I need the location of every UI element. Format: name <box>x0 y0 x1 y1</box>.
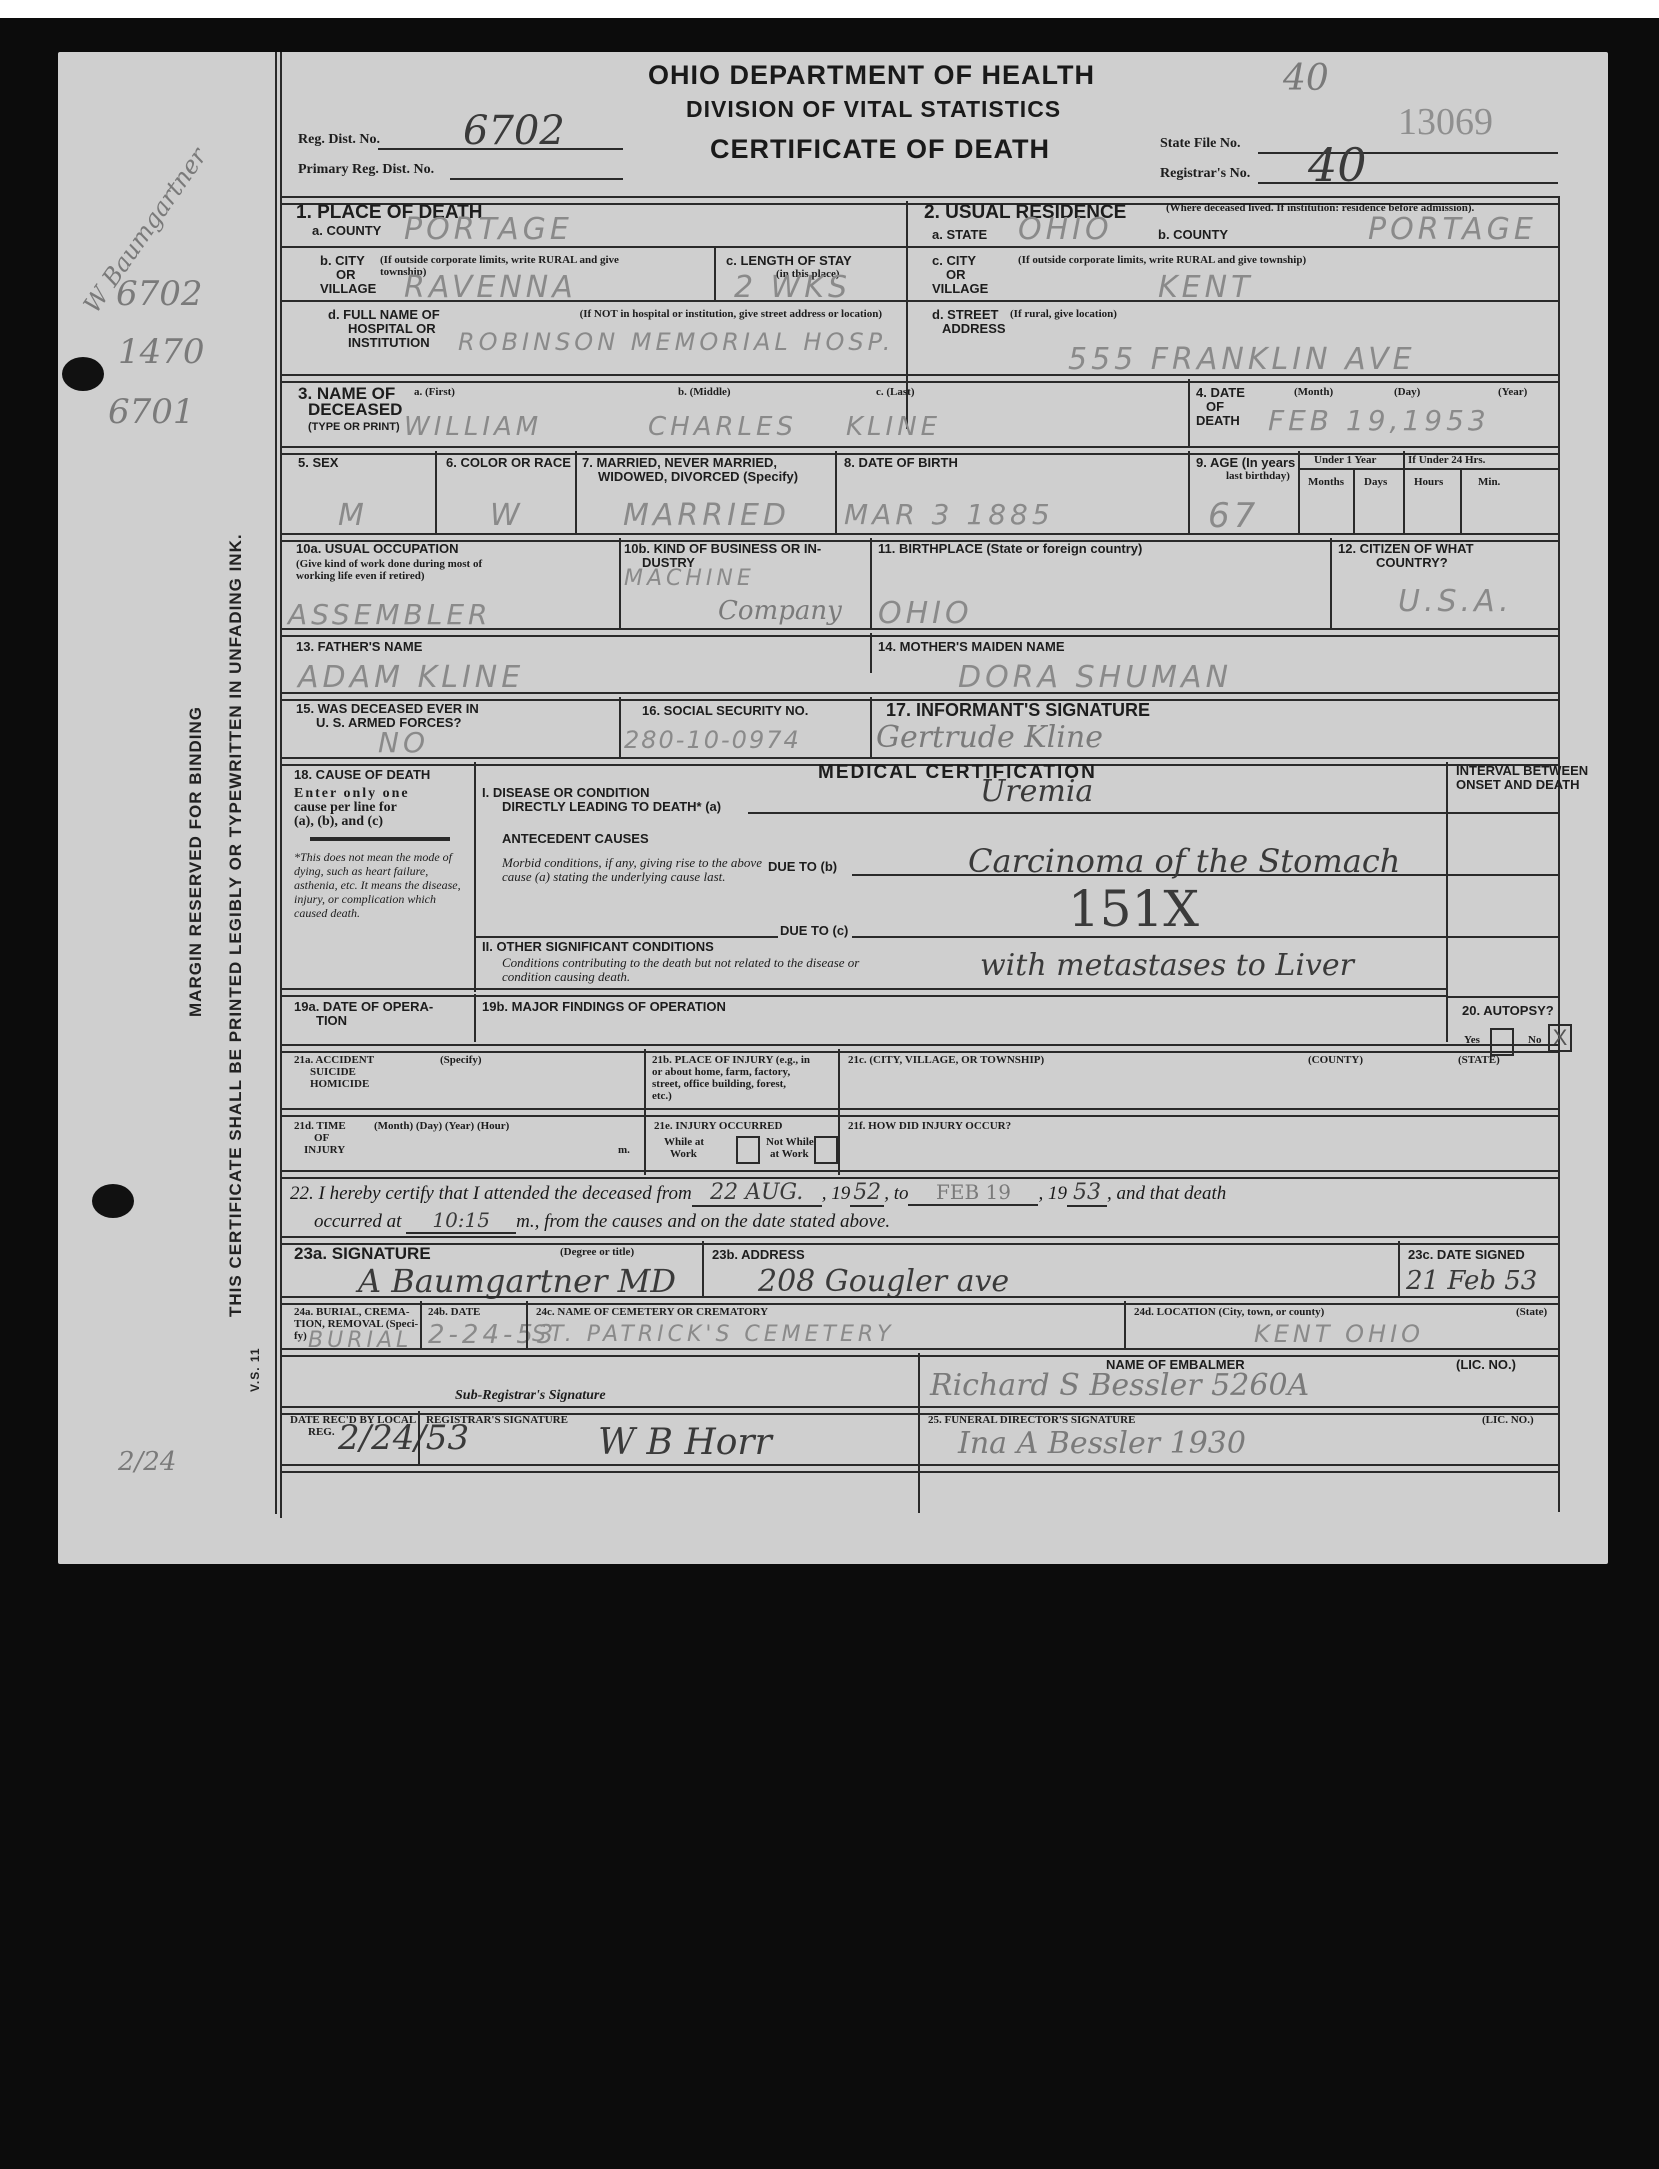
state-file-value[interactable]: 13069 <box>1398 100 1493 144</box>
middle-name-label: b. (Middle) <box>678 386 731 398</box>
department-title: OHIO DEPARTMENT OF HEALTH <box>648 60 1095 91</box>
due-to-c-label: DUE TO (c) <box>780 924 848 938</box>
business-label: 10b. KIND OF BUSINESS OR IN- <box>624 542 821 556</box>
month-label: (Month) <box>1294 386 1333 398</box>
burial-location-value[interactable]: KENT OHIO <box>1254 1320 1424 1348</box>
form-right-border <box>1558 196 1560 1512</box>
divider <box>1448 874 1558 876</box>
divider <box>835 451 837 533</box>
state-file-label: State File No. <box>1160 138 1240 150</box>
mother-label: 14. MOTHER'S MAIDEN NAME <box>878 640 1065 654</box>
embalmer-value[interactable]: Richard S Bessler 5260A <box>930 1368 1309 1403</box>
months-label: Months <box>1308 476 1344 488</box>
morbid-note: Morbid conditions, if any, giving rise t… <box>502 856 772 884</box>
divider <box>1403 451 1405 533</box>
burial-method-label: 24a. BURIAL, CREMA- <box>294 1306 410 1318</box>
father-value[interactable]: ADAM KLINE <box>298 660 524 695</box>
divider <box>870 633 872 673</box>
citizen-label-2: COUNTRY? <box>1376 556 1448 570</box>
not-while-at-work-label-2: at Work <box>770 1148 809 1160</box>
time-of-injury-label-2: OF <box>314 1132 329 1144</box>
divider <box>714 248 716 300</box>
divider <box>870 697 872 757</box>
place-of-injury-label: 21b. PLACE OF INJURY (e.g., in <box>652 1054 810 1066</box>
punch-hole-icon <box>62 357 104 391</box>
form-code: V.S. 11 <box>248 1347 262 1392</box>
homicide-label: HOMICIDE <box>310 1078 369 1090</box>
burial-location-label: 24d. LOCATION (City, town, or county) <box>1134 1306 1324 1318</box>
while-at-work-label-2: Work <box>670 1148 697 1160</box>
hospital-label-2: HOSPITAL OR <box>348 322 436 336</box>
under-24-hrs-label: If Under 24 Hrs. <box>1408 454 1485 466</box>
occupation-label: 10a. USUAL OCCUPATION <box>296 542 459 556</box>
divider <box>282 1170 1558 1179</box>
registrar-no-line <box>1258 182 1558 184</box>
residence-city-note: (If outside corporate limits, write RURA… <box>1018 254 1306 266</box>
funeral-lic-label: (LIC. NO.) <box>1482 1414 1534 1426</box>
divider <box>474 994 476 1042</box>
divider <box>1124 1301 1126 1349</box>
armed-forces-value[interactable]: NO <box>378 726 429 759</box>
sub-registrar-label: Sub-Registrar's Signature <box>455 1390 606 1402</box>
divider <box>1298 451 1300 533</box>
other-conditions-note: Conditions contributing to the death but… <box>502 956 902 984</box>
last-name-value[interactable]: KLINE <box>846 412 941 442</box>
death-time-statement: occurred at 10:15m., from the causes and… <box>314 1208 890 1234</box>
divider <box>474 762 476 992</box>
margin-date-note: 2/24 <box>118 1447 176 1477</box>
how-injury-label: 21f. HOW DID INJURY OCCUR? <box>848 1120 1011 1132</box>
armed-forces-label: 15. WAS DECEASED EVER IN <box>296 702 479 716</box>
divider <box>282 1044 1558 1053</box>
dob-label: 8. DATE OF BIRTH <box>844 456 958 470</box>
form-left-border <box>275 52 277 1514</box>
first-name-label: a. (First) <box>414 386 455 398</box>
divider <box>908 300 1558 302</box>
father-label: 13. FATHER'S NAME <box>296 640 422 654</box>
ssn-value[interactable]: 280-10-0974 <box>624 726 801 754</box>
certificate-title: CERTIFICATE OF DEATH <box>710 134 1050 165</box>
divider <box>1448 996 1558 998</box>
scan-top-border <box>0 18 1659 52</box>
form-left-border-inner <box>280 52 282 1514</box>
injury-state-label: (STATE) <box>1458 1054 1500 1066</box>
date-of-death-value[interactable]: FEB 19,1953 <box>1268 404 1490 437</box>
birthplace-value[interactable]: OHIO <box>878 596 973 631</box>
disease-label-2: DIRECTLY LEADING TO DEATH* (a) <box>502 800 721 814</box>
time-of-injury-cols: (Month) (Day) (Year) (Hour) <box>374 1120 509 1132</box>
antecedent-label: ANTECEDENT CAUSES <box>502 832 649 846</box>
injury-county-label: (COUNTY) <box>1308 1054 1363 1066</box>
city-label-or: OR <box>336 268 356 282</box>
burial-date-label: 24b. DATE <box>428 1306 480 1318</box>
while-at-work-label: While at <box>664 1136 704 1148</box>
cemetery-value[interactable]: ST. PATRICK'S CEMETERY <box>532 1322 895 1347</box>
due-to-b-label: DUE TO (b) <box>768 860 837 874</box>
occupation-note-2: working life even if retired) <box>296 570 425 582</box>
first-name-value[interactable]: WILLIAM <box>404 412 542 442</box>
residence-street-note: (If rural, give location) <box>1010 308 1117 320</box>
operation-date-label-2: TION <box>316 1014 347 1028</box>
business-value-2[interactable]: Company <box>718 596 842 626</box>
marital-value[interactable]: MARRIED <box>623 498 790 533</box>
physician-signature[interactable]: A Baumgartner MD <box>358 1262 676 1300</box>
year-label: (Year) <box>1498 386 1527 398</box>
marital-label-2: WIDOWED, DIVORCED (Specify) <box>598 470 798 484</box>
age-label: 9. AGE (In years <box>1196 456 1295 470</box>
attended-to-value[interactable]: FEB 19 <box>908 1180 1038 1206</box>
margin-instruction-text: THIS CERTIFICATE SHALL BE PRINTED LEGIBL… <box>226 533 246 1317</box>
form-bottom-border <box>282 1464 1558 1473</box>
certify-text: 22. I hereby certify that I attended the… <box>290 1183 692 1204</box>
residence-street-value[interactable]: 555 FRANKLIN AVE <box>1068 342 1416 377</box>
place-of-injury-label-3: street, office building, forest, <box>652 1078 786 1090</box>
divider <box>1353 470 1355 533</box>
ssn-label: 16. SOCIAL SECURITY NO. <box>642 704 808 718</box>
date-signed-value[interactable]: 21 Feb 53 <box>1406 1266 1537 1296</box>
divider <box>526 1301 528 1349</box>
registrar-no-value[interactable]: 40 <box>1308 138 1367 192</box>
attended-from-year[interactable]: 52 <box>850 1180 884 1207</box>
residence-state-label: a. STATE <box>932 228 987 242</box>
name-label: 3. NAME OF <box>298 386 395 401</box>
reg-dist-label: Reg. Dist. No. <box>298 134 380 146</box>
divider <box>1460 470 1462 533</box>
corner-note: 40 <box>1283 58 1329 99</box>
physician-address-label: 23b. ADDRESS <box>712 1248 805 1262</box>
attended-to-year[interactable]: 53 <box>1067 1180 1107 1207</box>
not-while-at-work-checkbox[interactable] <box>814 1136 838 1164</box>
suicide-label: SUICIDE <box>310 1066 356 1078</box>
certify-text-2: , and that death <box>1107 1183 1226 1204</box>
certification-statement: 22. I hereby certify that I attended the… <box>290 1180 1226 1207</box>
last-name-label: c. (Last) <box>876 386 915 398</box>
registrar-no-label: Registrar's No. <box>1160 168 1250 180</box>
place-of-injury-label-2: or about home, farm, factory, <box>652 1066 790 1078</box>
middle-name-value[interactable]: CHARLES <box>648 412 797 442</box>
registrar-signature-value[interactable]: W B Horr <box>598 1422 772 1463</box>
funeral-director-label: 25. FUNERAL DIRECTOR'S SIGNATURE <box>928 1414 1135 1426</box>
city-label-village: VILLAGE <box>320 282 376 296</box>
not-while-at-work-label: Not While <box>766 1136 814 1148</box>
while-at-work-checkbox[interactable] <box>736 1136 760 1164</box>
divider <box>619 538 621 628</box>
burial-state-label: (State) <box>1516 1306 1547 1318</box>
cause-of-death-label: 18. CAUSE OF DEATH <box>294 768 430 782</box>
due-to-b-value[interactable]: Carcinoma of the Stomach <box>968 842 1400 880</box>
other-conditions-label: II. OTHER SIGNIFICANT CONDITIONS <box>482 940 714 954</box>
margin-note-2: 1470 <box>118 332 205 372</box>
physician-address-value[interactable]: 208 Gougler ave <box>758 1264 1009 1299</box>
divider <box>619 697 621 757</box>
divider <box>702 1241 704 1297</box>
divider <box>1448 936 1558 938</box>
division-title: DIVISION OF VITAL STATISTICS <box>686 96 1061 123</box>
reg-dist-value[interactable]: 6702 <box>463 108 565 154</box>
time-of-injury-m: m. <box>618 1144 630 1156</box>
state-file-line <box>1258 152 1558 154</box>
residence-street-label: d. STREET <box>932 308 998 322</box>
scan-top-edge <box>0 0 1659 18</box>
divider <box>282 628 1558 637</box>
primary-reg-dist-line <box>450 178 623 180</box>
sex-label: 5. SEX <box>298 456 338 470</box>
attended-from-value[interactable]: 22 AUG. <box>692 1180 822 1207</box>
hospital-label: d. FULL NAME OF <box>328 308 440 322</box>
embalmer-lic-label: (LIC. NO.) <box>1456 1358 1516 1372</box>
residence-county-label: b. COUNTY <box>1158 228 1228 242</box>
certify-text-3: m., from the causes and on the date stat… <box>516 1211 890 1232</box>
stray-mark <box>280 1492 282 1518</box>
divider <box>282 1348 1558 1357</box>
operation-findings-label: 19b. MAJOR FINDINGS OF OPERATION <box>482 1000 726 1014</box>
business-value-1[interactable]: MACHINE <box>624 566 755 591</box>
cause-footnote: *This does not mean the mode of dying, s… <box>294 850 466 920</box>
residence-city-label-or: OR <box>946 268 966 282</box>
city-label: b. CITY <box>320 254 365 268</box>
year-prefix: , 19 <box>1038 1183 1067 1204</box>
time-of-injury-label-3: INJURY <box>304 1144 345 1156</box>
marital-label: 7. MARRIED, NEVER MARRIED, <box>582 456 777 470</box>
time-of-injury-label: 21d. TIME <box>294 1120 346 1132</box>
cause-instruction-3: (a), (b), and (c) <box>294 816 383 828</box>
divider <box>918 1353 920 1513</box>
race-value[interactable]: W <box>490 498 524 533</box>
days-label: Days <box>1364 476 1387 488</box>
cause-instruction-2: cause per line for <box>294 802 397 814</box>
under-1-year-label: Under 1 Year <box>1314 454 1376 466</box>
divider <box>1300 468 1558 470</box>
divider <box>908 246 1558 248</box>
dob-value[interactable]: MAR 3 1885 <box>844 498 1054 531</box>
race-label: 6. COLOR OR RACE <box>446 456 571 470</box>
accident-label: 21a. ACCIDENT <box>294 1054 374 1066</box>
county-label: a. COUNTY <box>312 224 381 238</box>
residence-street-label-2: ADDRESS <box>942 322 1006 336</box>
occupation-value[interactable]: ASSEMBLER <box>288 598 492 631</box>
punch-hole-icon <box>92 1184 134 1218</box>
signature-label: 23a. SIGNATURE <box>294 1244 431 1264</box>
operation-date-label: 19a. DATE OF OPERA- <box>294 1000 433 1014</box>
margin-binding-text: MARGIN RESERVED FOR BINDING <box>186 706 206 1017</box>
line-c <box>852 936 1446 938</box>
hospital-label-3: INSTITUTION <box>348 336 430 350</box>
funeral-director-value[interactable]: Ina A Bessler 1930 <box>958 1426 1246 1461</box>
interval-label-2: ONSET AND DEATH <box>1456 778 1580 792</box>
citizen-label: 12. CITIZEN OF WHAT <box>1338 542 1474 556</box>
age-label-2: last birthday) <box>1226 470 1290 482</box>
hospital-value[interactable]: ROBINSON MEMORIAL HOSP. <box>458 328 894 356</box>
divider <box>1188 379 1190 447</box>
day-label: (Day) <box>1394 386 1420 398</box>
injury-occurred-label: 21e. INJURY OCCURRED <box>654 1120 782 1132</box>
burial-method-label-3: fy) <box>294 1330 307 1342</box>
date-of-death-label-2: OF <box>1206 400 1224 414</box>
birthplace-label: 11. BIRTHPLACE (State or foreign country… <box>878 542 1142 556</box>
year-prefix: , 19 <box>822 1183 851 1204</box>
divider <box>282 1108 1558 1117</box>
name-label-2: DECEASED <box>308 402 402 417</box>
divider <box>1398 1241 1400 1297</box>
divider <box>282 1236 1558 1245</box>
divider <box>420 1301 422 1349</box>
registrar-signature-label: REGISTRAR'S SIGNATURE <box>426 1414 568 1426</box>
residence-county-value[interactable]: PORTAGE <box>1368 212 1537 247</box>
mother-value[interactable]: DORA SHUMAN <box>958 660 1232 695</box>
residence-city-label: c. CITY <box>932 254 976 268</box>
date-of-death-label-3: DEATH <box>1196 414 1240 428</box>
residence-state-value[interactable]: OHIO <box>1018 212 1113 247</box>
residence-city-label-village: VILLAGE <box>932 282 988 296</box>
citizen-value[interactable]: U.S.A. <box>1398 584 1513 619</box>
line-a <box>748 812 1446 814</box>
cause-instruction-1: Enter only one <box>294 788 410 800</box>
divider <box>1448 812 1558 814</box>
cause-code[interactable]: 151X <box>1068 880 1199 938</box>
date-of-death-label: 4. DATE <box>1196 386 1245 400</box>
divider <box>575 451 577 533</box>
place-of-injury-label-4: etc.) <box>652 1090 672 1102</box>
divider <box>418 1411 420 1466</box>
divider <box>310 837 450 841</box>
age-value[interactable]: 67 <box>1208 496 1259 536</box>
degree-label: (Degree or title) <box>560 1246 634 1258</box>
injury-city-label: 21c. (CITY, VILLAGE, OR TOWNSHIP) <box>848 1054 1044 1066</box>
line-c-left <box>476 936 778 938</box>
cemetery-label: 24c. NAME OF CEMETERY OR CREMATORY <box>536 1306 768 1318</box>
divider <box>282 988 1446 997</box>
min-label: Min. <box>1478 476 1500 488</box>
date-received-label-2: REG. <box>308 1426 335 1438</box>
divider <box>282 246 906 248</box>
hospital-note: (If NOT in hospital or institution, give… <box>442 308 882 320</box>
divider <box>1330 538 1332 628</box>
divider <box>870 538 872 628</box>
death-certificate-page: W Baumgartner 6702 1470 6701 2/24 MARGIN… <box>58 52 1608 1564</box>
date-signed-label: 23c. DATE SIGNED <box>1408 1248 1525 1262</box>
hours-label: Hours <box>1414 476 1443 488</box>
specify-label: (Specify) <box>440 1054 482 1066</box>
occurred-at-text: occurred at <box>314 1211 401 1232</box>
disease-value[interactable]: Uremia <box>980 774 1093 809</box>
name-label-3: (TYPE OR PRINT) <box>308 420 400 434</box>
margin-note-3: 6701 <box>108 392 195 432</box>
divider <box>1446 762 1448 1042</box>
informant-signature[interactable]: Gertrude Kline <box>876 720 1103 755</box>
divider <box>282 1296 1558 1305</box>
death-time-value[interactable]: 10:15 <box>406 1208 516 1234</box>
to-text: , to <box>884 1183 908 1204</box>
county-value[interactable]: PORTAGE <box>404 212 573 247</box>
primary-reg-dist-label: Primary Reg. Dist. No. <box>298 164 434 176</box>
length-of-stay-label: c. LENGTH OF STAY <box>726 254 852 268</box>
interval-label: INTERVAL BETWEEN <box>1456 764 1588 778</box>
occupation-note: (Give kind of work done during most of <box>296 558 482 570</box>
scan-left-border <box>0 52 58 1572</box>
margin-note-1: 6702 <box>116 274 203 314</box>
divider <box>1188 451 1190 533</box>
informant-label: 17. INFORMANT'S SIGNATURE <box>886 700 1150 721</box>
other-conditions-value[interactable]: with metastases to Liver <box>980 948 1354 983</box>
divider <box>435 451 437 533</box>
disease-label: I. DISEASE OR CONDITION <box>482 786 650 800</box>
divider <box>282 300 906 302</box>
sex-value[interactable]: M <box>338 498 368 533</box>
autopsy-label: 20. AUTOPSY? <box>1462 1004 1554 1018</box>
